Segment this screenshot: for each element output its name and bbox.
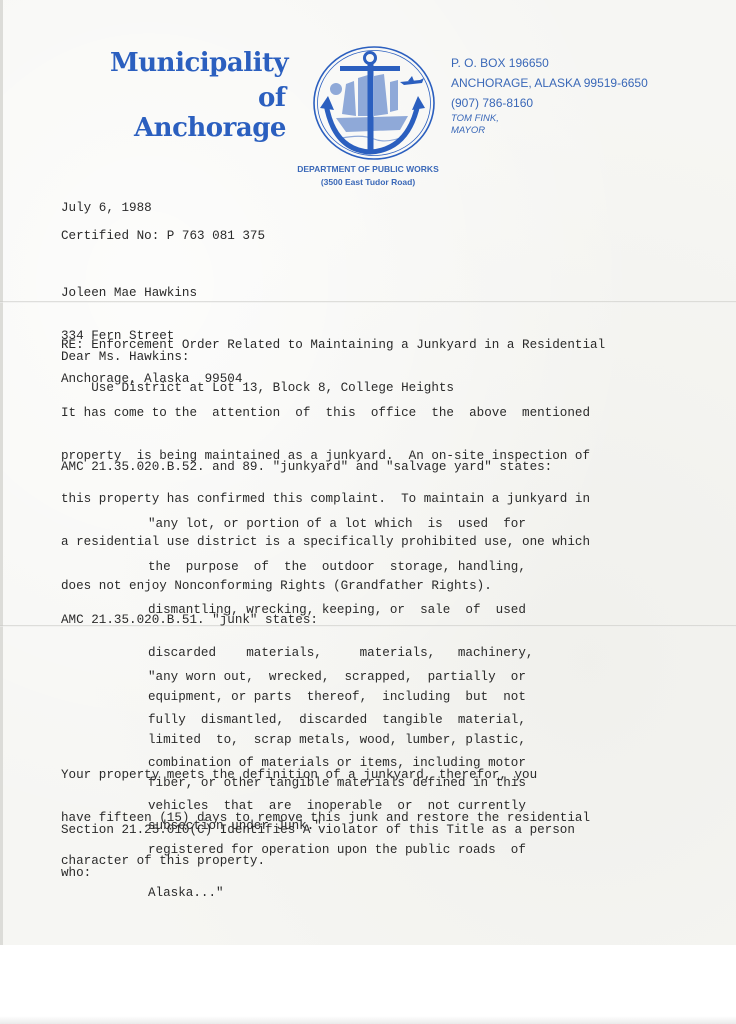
salutation: Dear Ms. Hawkins: xyxy=(61,350,189,364)
po-box: P. O. BOX 196650 xyxy=(451,53,648,73)
section-heading-junkyard: AMC 21.35.020.B.52. and 89. "junkyard" a… xyxy=(61,460,552,474)
text-line: fully dismantled, discarded tangible mat… xyxy=(148,713,526,727)
scan-shadow xyxy=(0,1016,736,1024)
municipality-name-line-2: of xyxy=(258,85,286,111)
text-line: "any lot, or portion of a lot which is u… xyxy=(148,517,533,531)
text-line: who: xyxy=(61,866,575,880)
mayor-block: TOM FINK, MAYOR xyxy=(451,113,499,137)
section-heading-junk: AMC 21.35.020.B.51. "junk" states: xyxy=(61,613,318,627)
text-line: Section 21.25.010(C) Identifies A violat… xyxy=(61,823,575,837)
recipient-name: Joleen Mae Hawkins xyxy=(61,286,242,300)
certified-number: Certified No: P 763 081 375 xyxy=(61,229,265,243)
text-line: the purpose of the outdoor storage, hand… xyxy=(148,560,533,574)
phone-number: (907) 786-8160 xyxy=(451,93,648,113)
department-block: DEPARTMENT OF PUBLIC WORKS (3500 East Tu… xyxy=(268,163,468,189)
municipality-name-line-3: Anchorage xyxy=(134,115,286,141)
city-state-zip: ANCHORAGE, ALASKA 99519-6650 xyxy=(451,73,648,93)
text-line: It has come to the attention of this off… xyxy=(61,406,590,420)
text-line: Your property meets the definition of a … xyxy=(61,768,590,782)
department-name: DEPARTMENT OF PUBLIC WORKS xyxy=(268,163,468,176)
municipality-name-line-1: Municipality xyxy=(110,50,288,76)
scanner-background xyxy=(0,945,736,1024)
letter-date: July 6, 1988 xyxy=(61,201,152,215)
mayor-name: TOM FINK, xyxy=(451,113,499,125)
paragraph-3: Section 21.25.010(C) Identifies A violat… xyxy=(61,794,575,895)
contact-block: P. O. BOX 196650 ANCHORAGE, ALASKA 99519… xyxy=(451,53,648,113)
mayor-title: MAYOR xyxy=(451,125,499,137)
text-line: "any worn out, wrecked, scrapped, partia… xyxy=(148,670,526,684)
department-address: (3500 East Tudor Road) xyxy=(268,176,468,189)
anchor-ship-seal-icon xyxy=(312,44,436,162)
